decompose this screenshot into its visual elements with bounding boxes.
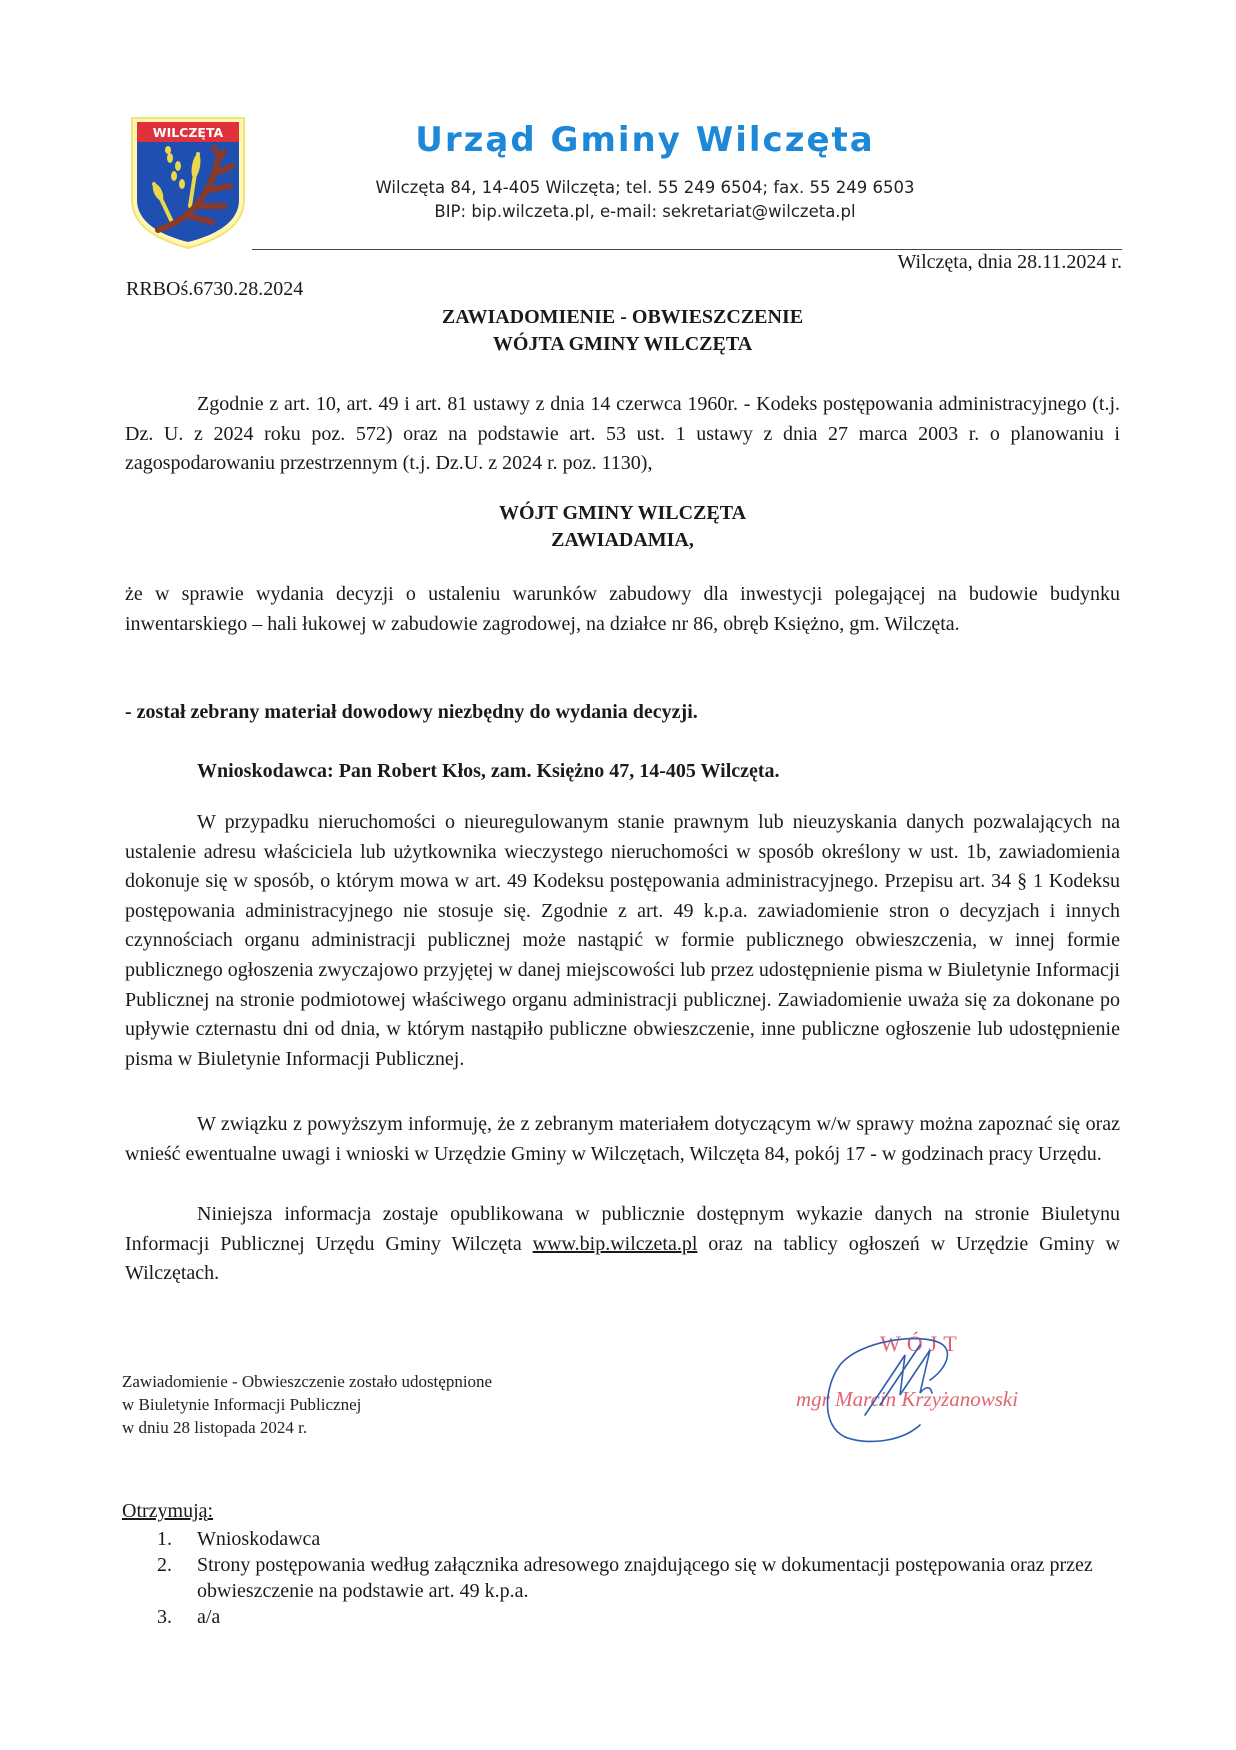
handwritten-signature-icon — [770, 1325, 1070, 1455]
logo-label: WILCZĘTA — [153, 125, 224, 140]
recipient-text: a/a — [197, 1604, 1122, 1630]
organization-title: Urząd Gminy Wilczęta — [300, 120, 990, 160]
publication-note-line3: w dniu 28 listopada 2024 r. — [122, 1416, 492, 1439]
recipient-item: 2. Strony postępowania według załącznika… — [122, 1552, 1122, 1604]
recipient-number: 3. — [157, 1604, 197, 1630]
recipients-list: 1. Wnioskodawca 2. Strony postępowania w… — [122, 1526, 1122, 1630]
organization-contact: Wilczęta 84, 14-405 Wilczęta; tel. 55 24… — [300, 176, 990, 224]
subject-paragraph: że w sprawie wydania decyzji o ustaleniu… — [125, 580, 1120, 639]
recipient-text: Strony postępowania według załącznika ad… — [197, 1552, 1122, 1604]
document-date: Wilczęta, dnia 28.11.2024 r. — [897, 251, 1122, 274]
notice-title: ZAWIADOMIENIE - OBWIESZCZENIE WÓJTA GMIN… — [125, 304, 1120, 358]
inspection-paragraph: W związku z powyższym informuję, że z ze… — [125, 1110, 1120, 1169]
publication-note: Zawiadomienie - Obwieszczenie zostało ud… — [122, 1370, 492, 1439]
legal-basis-text: Zgodnie z art. 10, art. 49 i art. 81 ust… — [125, 393, 1120, 474]
recipients-heading: Otrzymują: — [122, 1500, 213, 1523]
signature-block: WÓJT mgr Marcin Krzyżanowski — [770, 1325, 1070, 1455]
publication-note-line1: Zawiadomienie - Obwieszczenie zostało ud… — [122, 1370, 492, 1393]
notice-title-line2: WÓJTA GMINY WILCZĘTA — [125, 331, 1120, 358]
recipient-number: 2. — [157, 1552, 197, 1578]
address-line: Wilczęta 84, 14-405 Wilczęta; tel. 55 24… — [300, 176, 990, 200]
applicant-line: Wnioskodawca: Pan Robert Kłos, zam. Księ… — [197, 757, 1117, 787]
inspection-text: W związku z powyższym informuję, że z ze… — [125, 1113, 1120, 1165]
publication-note-line2: w Biuletynie Informacji Publicznej — [122, 1393, 492, 1416]
bip-email-line: BIP: bip.wilczeta.pl, e-mail: sekretaria… — [300, 200, 990, 224]
reference-number: RRBOś.6730.28.2024 — [126, 278, 303, 301]
recipient-number: 1. — [157, 1526, 197, 1552]
service-paragraph: W przypadku nieruchomości o nieuregulowa… — [125, 808, 1120, 1074]
bip-link[interactable]: www.bip.wilczeta.pl — [533, 1233, 698, 1255]
notice-title-line1: ZAWIADOMIENIE - OBWIESZCZENIE — [125, 304, 1120, 331]
legal-basis-paragraph: Zgodnie z art. 10, art. 49 i art. 81 ust… — [125, 390, 1120, 479]
service-text: W przypadku nieruchomości o nieuregulowa… — [125, 811, 1120, 1070]
coat-of-arms-icon: WILCZĘTA — [128, 114, 248, 250]
authority-name: WÓJT GMINY WILCZĘTA — [125, 500, 1120, 527]
recipient-item: 1. Wnioskodawca — [122, 1526, 1122, 1552]
authority-action: ZAWIADAMIA, — [125, 527, 1120, 554]
publication-paragraph: Niniejsza informacja zostaje opublikowan… — [125, 1200, 1120, 1289]
authority-heading: WÓJT GMINY WILCZĘTA ZAWIADAMIA, — [125, 500, 1120, 554]
header-divider — [252, 249, 1122, 250]
recipient-item: 3. a/a — [122, 1604, 1122, 1630]
recipient-text: Wnioskodawca — [197, 1526, 1122, 1552]
material-statement: - został zebrany materiał dowodowy niezb… — [125, 698, 1120, 728]
